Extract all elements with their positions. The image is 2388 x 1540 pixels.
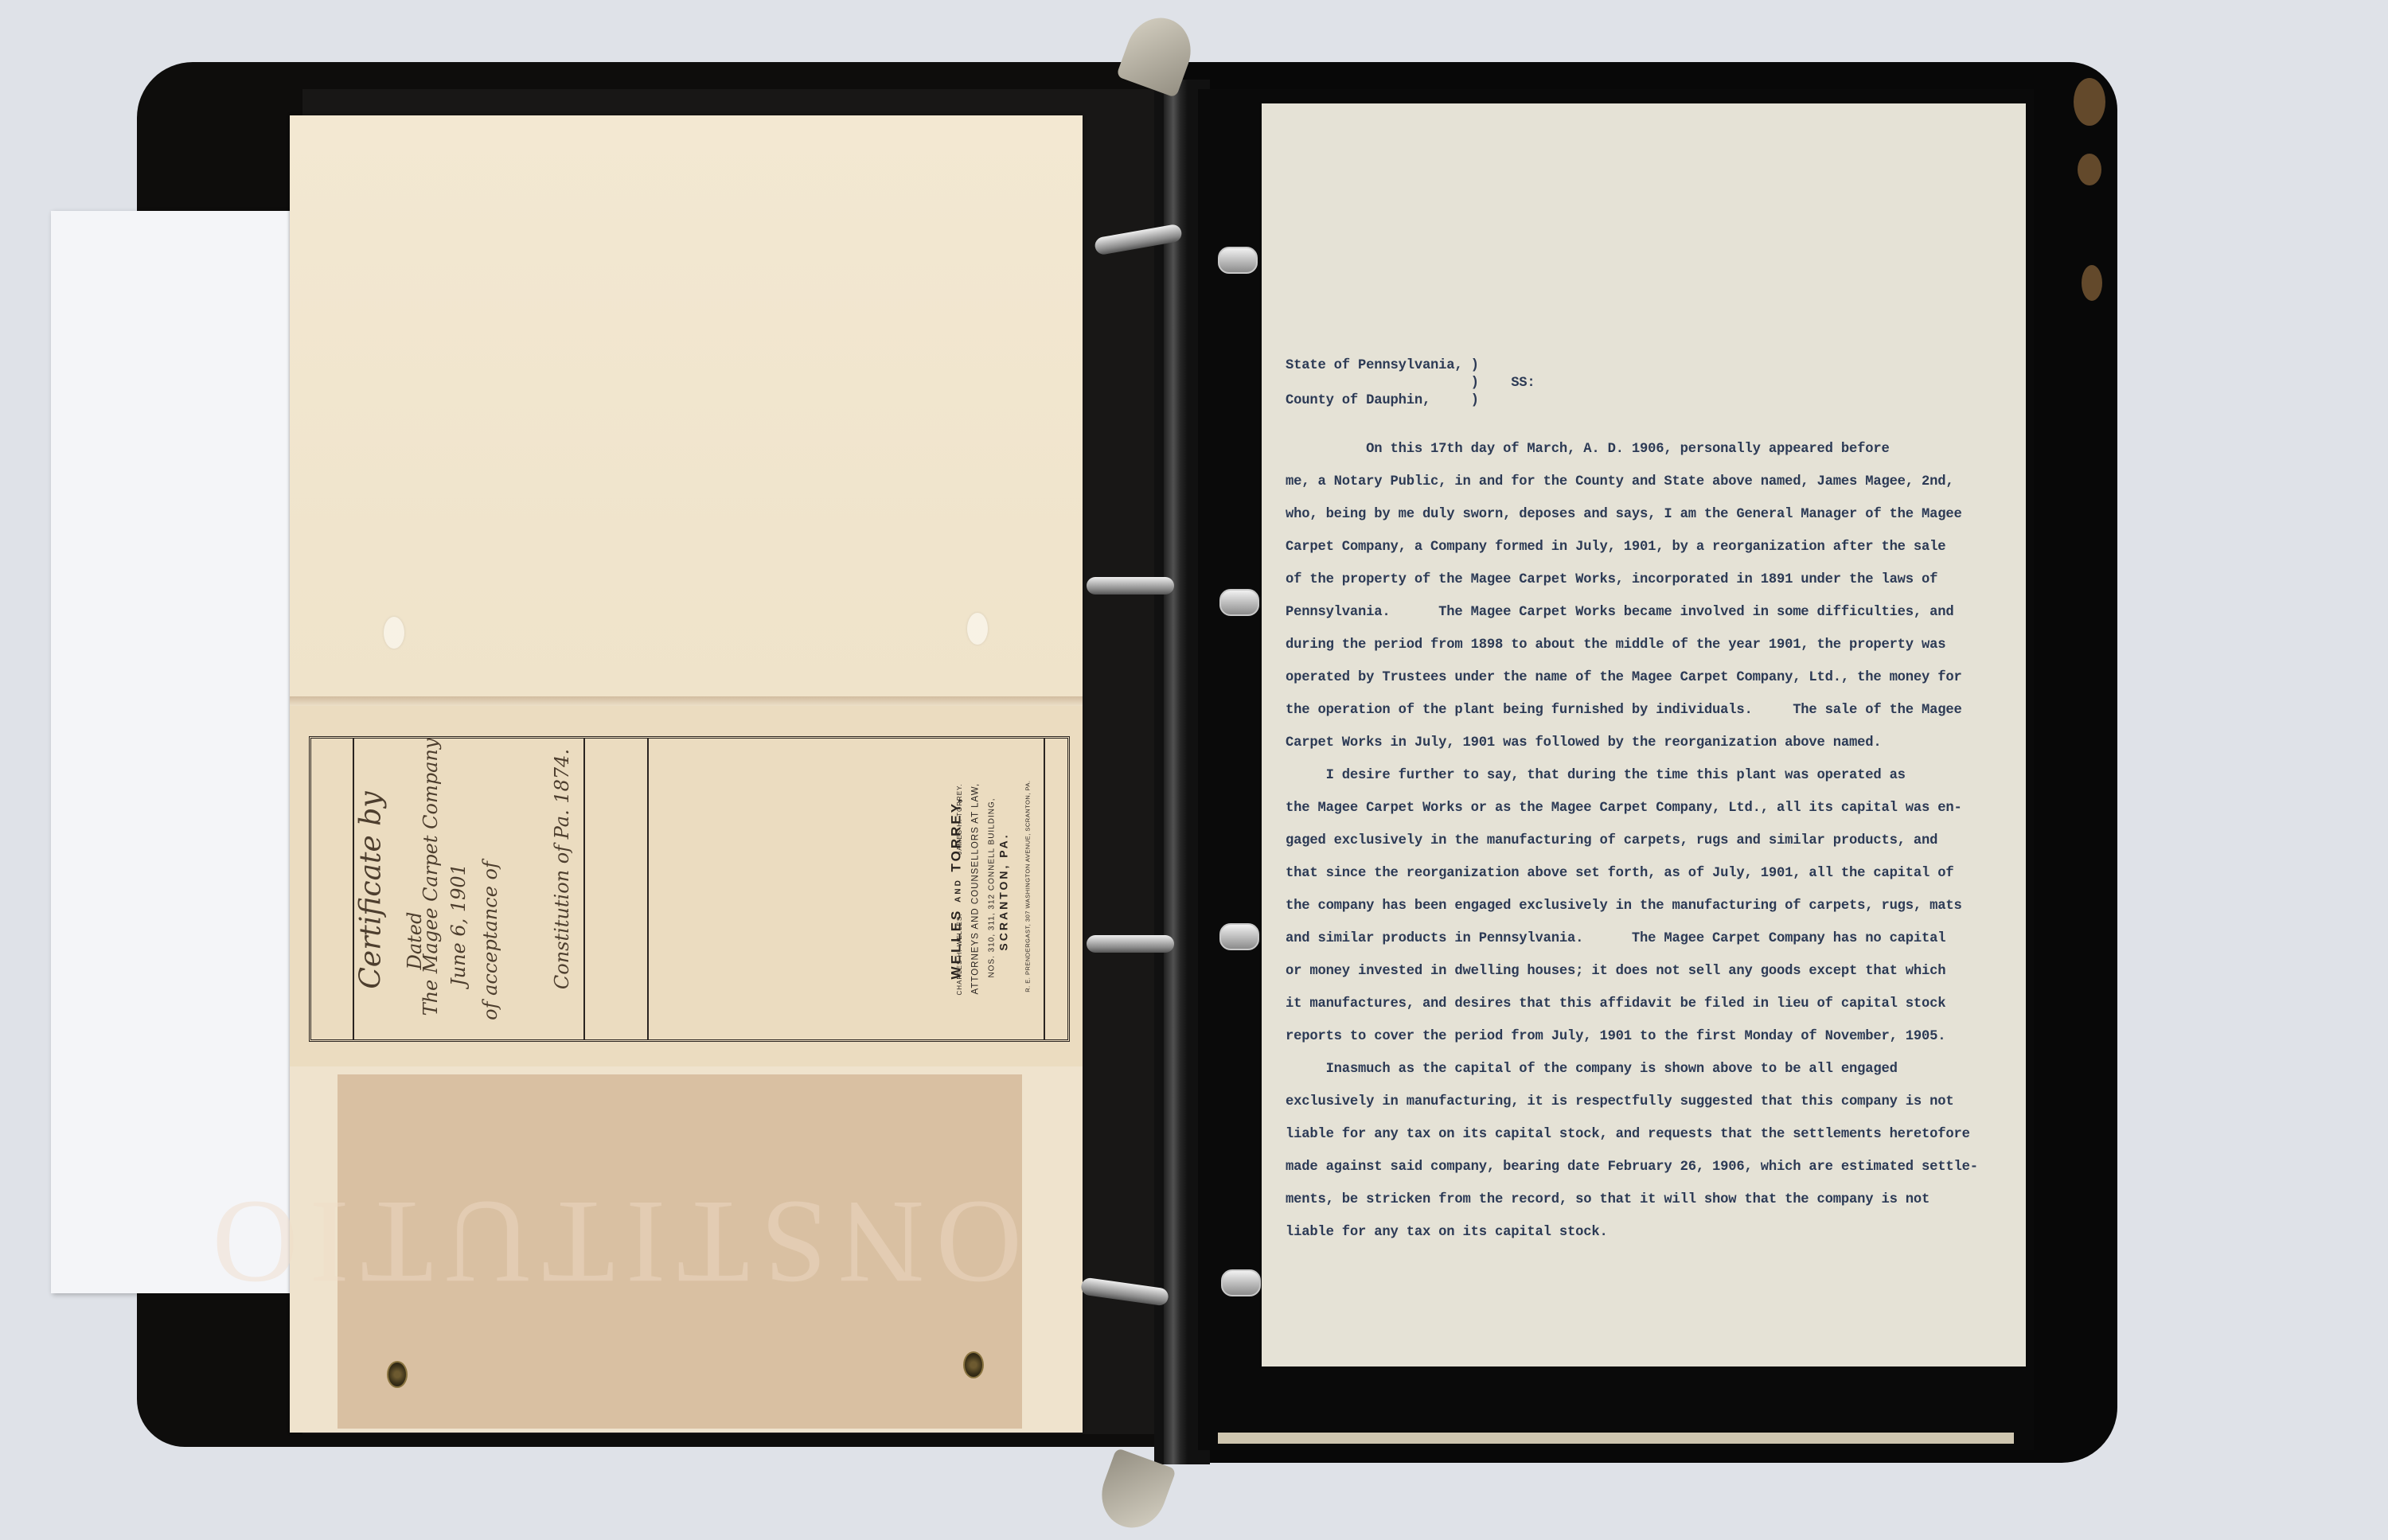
- loose-white-sheet: [51, 211, 290, 1293]
- docket-rule: [583, 739, 585, 1039]
- body-line: Inasmuch as the capital of the company i…: [1286, 1062, 1898, 1077]
- emboss-mark: [967, 613, 988, 645]
- body-line: Carpet Works in July, 1901 was followed …: [1286, 735, 1881, 751]
- punched-hole-ring-1: [1218, 247, 1258, 274]
- body-line: the Magee Carpet Works or as the Magee C…: [1286, 801, 1962, 816]
- body-line: me, a Notary Public, in and for the Coun…: [1286, 474, 1953, 489]
- ring-mechanism-rod: [1164, 80, 1188, 1464]
- body-line: liable for any tax on its capital stock.: [1286, 1225, 1608, 1240]
- body-line: made against said company, bearing date …: [1286, 1160, 1978, 1175]
- body-line: of the property of the Magee Carpet Work…: [1286, 572, 1937, 587]
- grommet-right: [963, 1351, 984, 1378]
- venue-block: State of Pennsylvania, ) ) SS: County of…: [1286, 358, 2002, 434]
- body-line: ments, be stricken from the record, so t…: [1286, 1192, 1930, 1207]
- venue-ss: ) SS:: [1286, 376, 1535, 391]
- punched-hole-ring-4: [1221, 1269, 1261, 1296]
- body-line: Carpet Company, a Company formed in July…: [1286, 540, 1945, 555]
- binder-ring-3: [1087, 935, 1174, 953]
- body-line: On this 17th day of March, A. D. 1906, p…: [1286, 442, 1890, 457]
- punched-hole-ring-3: [1219, 923, 1259, 950]
- body-line: Pennsylvania. The Magee Carpet Works bec…: [1286, 605, 1953, 620]
- body-line: exclusively in manufacturing, it is resp…: [1286, 1094, 1953, 1109]
- folded-certificate-document: Certificate by The Magee Carpet Company …: [290, 115, 1083, 1433]
- body-line: during the period from 1898 to about the…: [1286, 637, 1945, 653]
- affidavit-body: On this 17th day of March, A. D. 1906, p…: [1286, 442, 2002, 850]
- handwritten-line: Dated: [404, 861, 426, 1020]
- body-line: it manufactures, and desires that this a…: [1286, 996, 1945, 1012]
- docket-rule: [1044, 739, 1045, 1039]
- handwritten-line: June 6, 1901: [447, 821, 470, 1028]
- body-line: and similar products in Pennsylvania. Th…: [1286, 931, 1945, 946]
- cover-wear-mark: [2074, 78, 2105, 126]
- handwritten-line: Constitution of Pa. 1874.: [551, 726, 573, 1012]
- docket-frame: Certificate by The Magee Carpet Company …: [309, 736, 1070, 1042]
- body-line: who, being by me duly sworn, deposes and…: [1286, 507, 1962, 522]
- firm-title: ATTORNEYS AND COUNSELLORS AT LAW,: [969, 746, 982, 1032]
- partner-charles-welles: CHARLES H. WELLES.: [955, 875, 965, 1034]
- body-line: reports to cover the period from July, 1…: [1286, 1029, 1945, 1044]
- partner-james-torrey: JAMES H. TORREY.: [955, 739, 965, 899]
- body-line: liable for any tax on its capital stock,…: [1286, 1127, 1970, 1142]
- emboss-mark: [384, 617, 404, 649]
- grommet-left: [387, 1361, 408, 1388]
- body-line: the operation of the plant being furnish…: [1286, 703, 1962, 718]
- punched-hole-ring-2: [1219, 589, 1259, 616]
- firm-city: SCRANTON, PA.: [996, 749, 1013, 1035]
- body-line: that since the reorganization above set …: [1286, 866, 1953, 881]
- body-line: or money invested in dwelling houses; it…: [1286, 964, 1945, 979]
- watermark-text: ONSTITUTIO: [353, 1174, 1022, 1311]
- handwritten-title: Certificate by: [355, 747, 388, 1034]
- body-line: operated by Trustees under the name of t…: [1286, 670, 1962, 685]
- handwritten-line: of acceptance of: [479, 837, 501, 1044]
- cover-wear-mark: [2078, 154, 2101, 185]
- cover-wear-mark: [2082, 265, 2102, 301]
- binder-ring-2: [1087, 577, 1174, 595]
- docket-rule: [647, 739, 649, 1039]
- document-upper-panel: [290, 115, 1083, 696]
- body-line: I desire further to say, that during the…: [1286, 768, 1906, 783]
- body-line: gaged exclusively in the manufacturing o…: [1286, 833, 1937, 848]
- affidavit-page: State of Pennsylvania, ) ) SS: County of…: [1262, 103, 2026, 1367]
- body-line: the company has been engaged exclusively…: [1286, 899, 1962, 914]
- fold-crease: [290, 696, 1083, 706]
- page-stack-edge: [1218, 1433, 2014, 1444]
- printer-imprint: R. E. PRENDERGAST, 307 WASHINGTON AVENUE…: [1023, 743, 1032, 1030]
- venue-county: County of Dauphin, ): [1286, 393, 1479, 408]
- venue-state: State of Pennsylvania, ): [1286, 358, 1479, 373]
